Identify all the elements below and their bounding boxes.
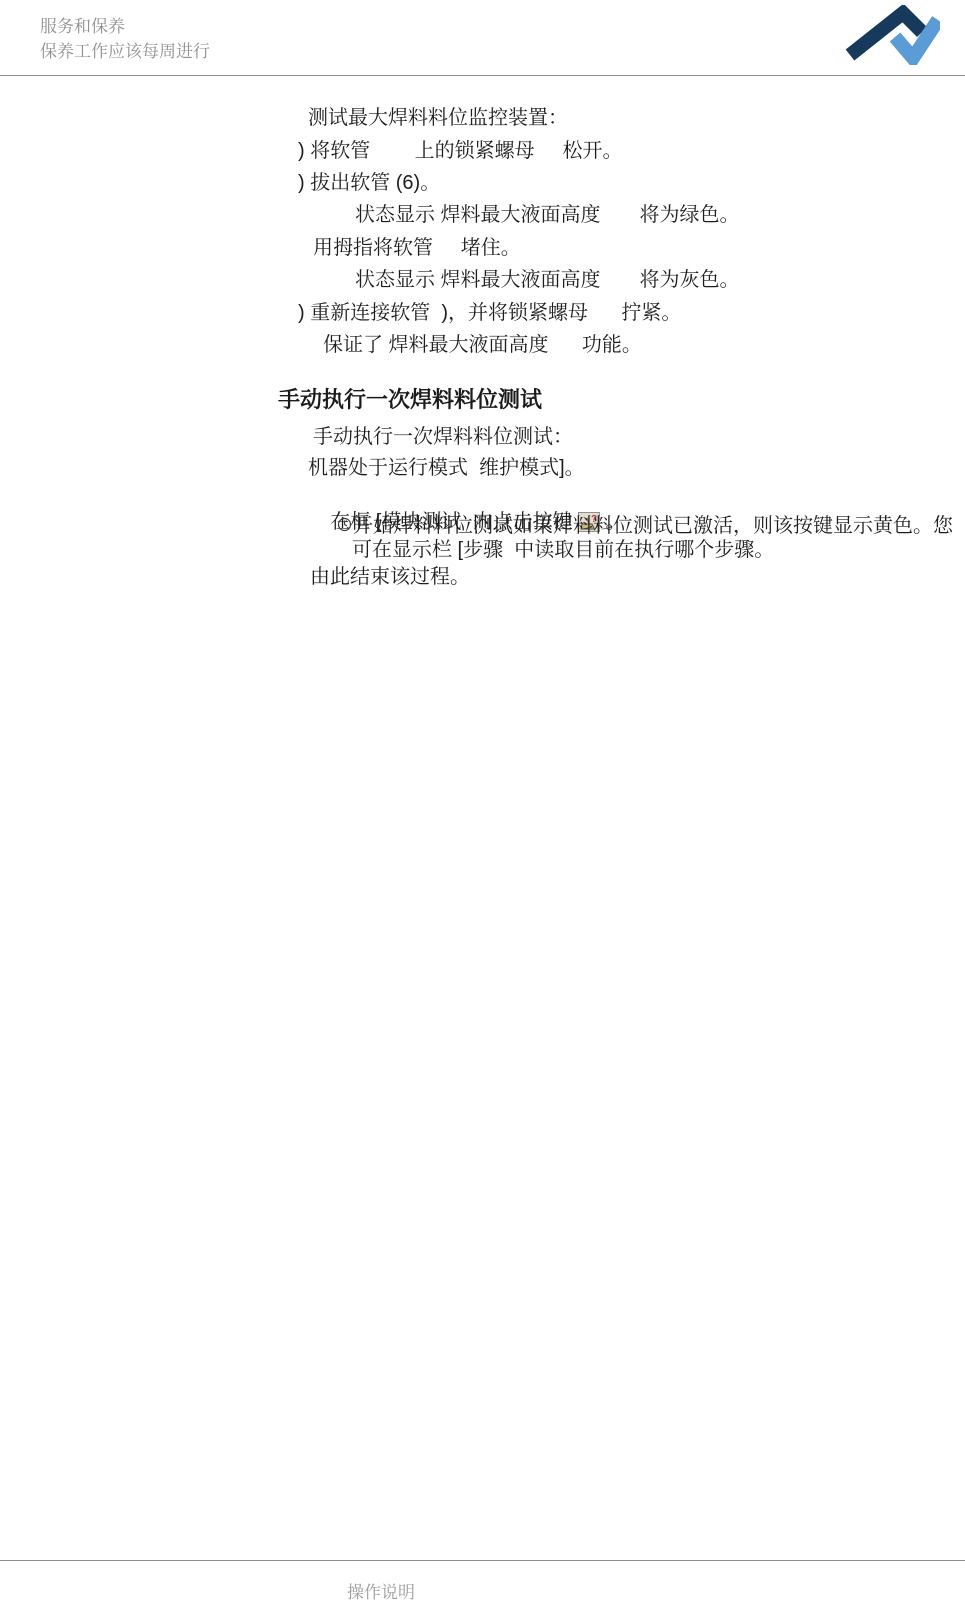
body-line-test-intro: 测试最大焊料料位监控装置： <box>308 106 568 130</box>
body-step-loosen-nut: ) 将软管 上的锁紧螺母 松开。 <box>298 139 622 163</box>
body-line-process-end: 由此结束该过程。 <box>310 565 470 589</box>
company-logo <box>845 5 940 65</box>
duration-clock-icon <box>337 517 352 532</box>
body-line-manual-test-intro: 手动执行一次焊料料位测试： <box>313 425 573 449</box>
callout-line-2: 可在显示栏 [步骤 中读取目前在执行哪个步骤。 <box>352 538 774 562</box>
footer-divider <box>0 1560 965 1561</box>
body-result-status-green: 状态显示 焊料最大液面高度 将为绿色。 <box>355 203 739 227</box>
body-result-status-gray: 状态显示 焊料最大液面高度 将为灰色。 <box>355 268 739 292</box>
body-result-function-ok: 保证了 焊料最大液面高度 功能。 <box>323 333 642 357</box>
header-chapter-title: 服务和保养 <box>40 12 125 37</box>
header-divider <box>0 75 965 76</box>
footer-document-type: 操作说明 <box>347 1578 415 1603</box>
body-step-pull-hose: ) 拔出软管 (6)。 <box>298 171 440 195</box>
manual-page: 服务和保养 保养工作应该每周进行 测试最大焊料料位监控装置： ) 将软管 上的锁… <box>0 0 965 1606</box>
section-heading-manual-solder-level-test: 手动执行一次焊料料位测试 <box>278 383 542 414</box>
body-line-machine-mode: 机器处于运行模式 维护模式]。 <box>308 456 585 480</box>
header-section-subtitle: 保养工作应该每周进行 <box>40 37 210 62</box>
callout-line-1: 开始焊料料位测试如果焊料料位测试已激活，则该按键显示黄色。您 <box>353 514 953 538</box>
body-step-block-hose: 用拇指将软管 堵住。 <box>313 236 521 260</box>
body-step-reconnect-hose: ) 重新连接软管 )，并将锁紧螺母 拧紧。 <box>298 301 681 325</box>
